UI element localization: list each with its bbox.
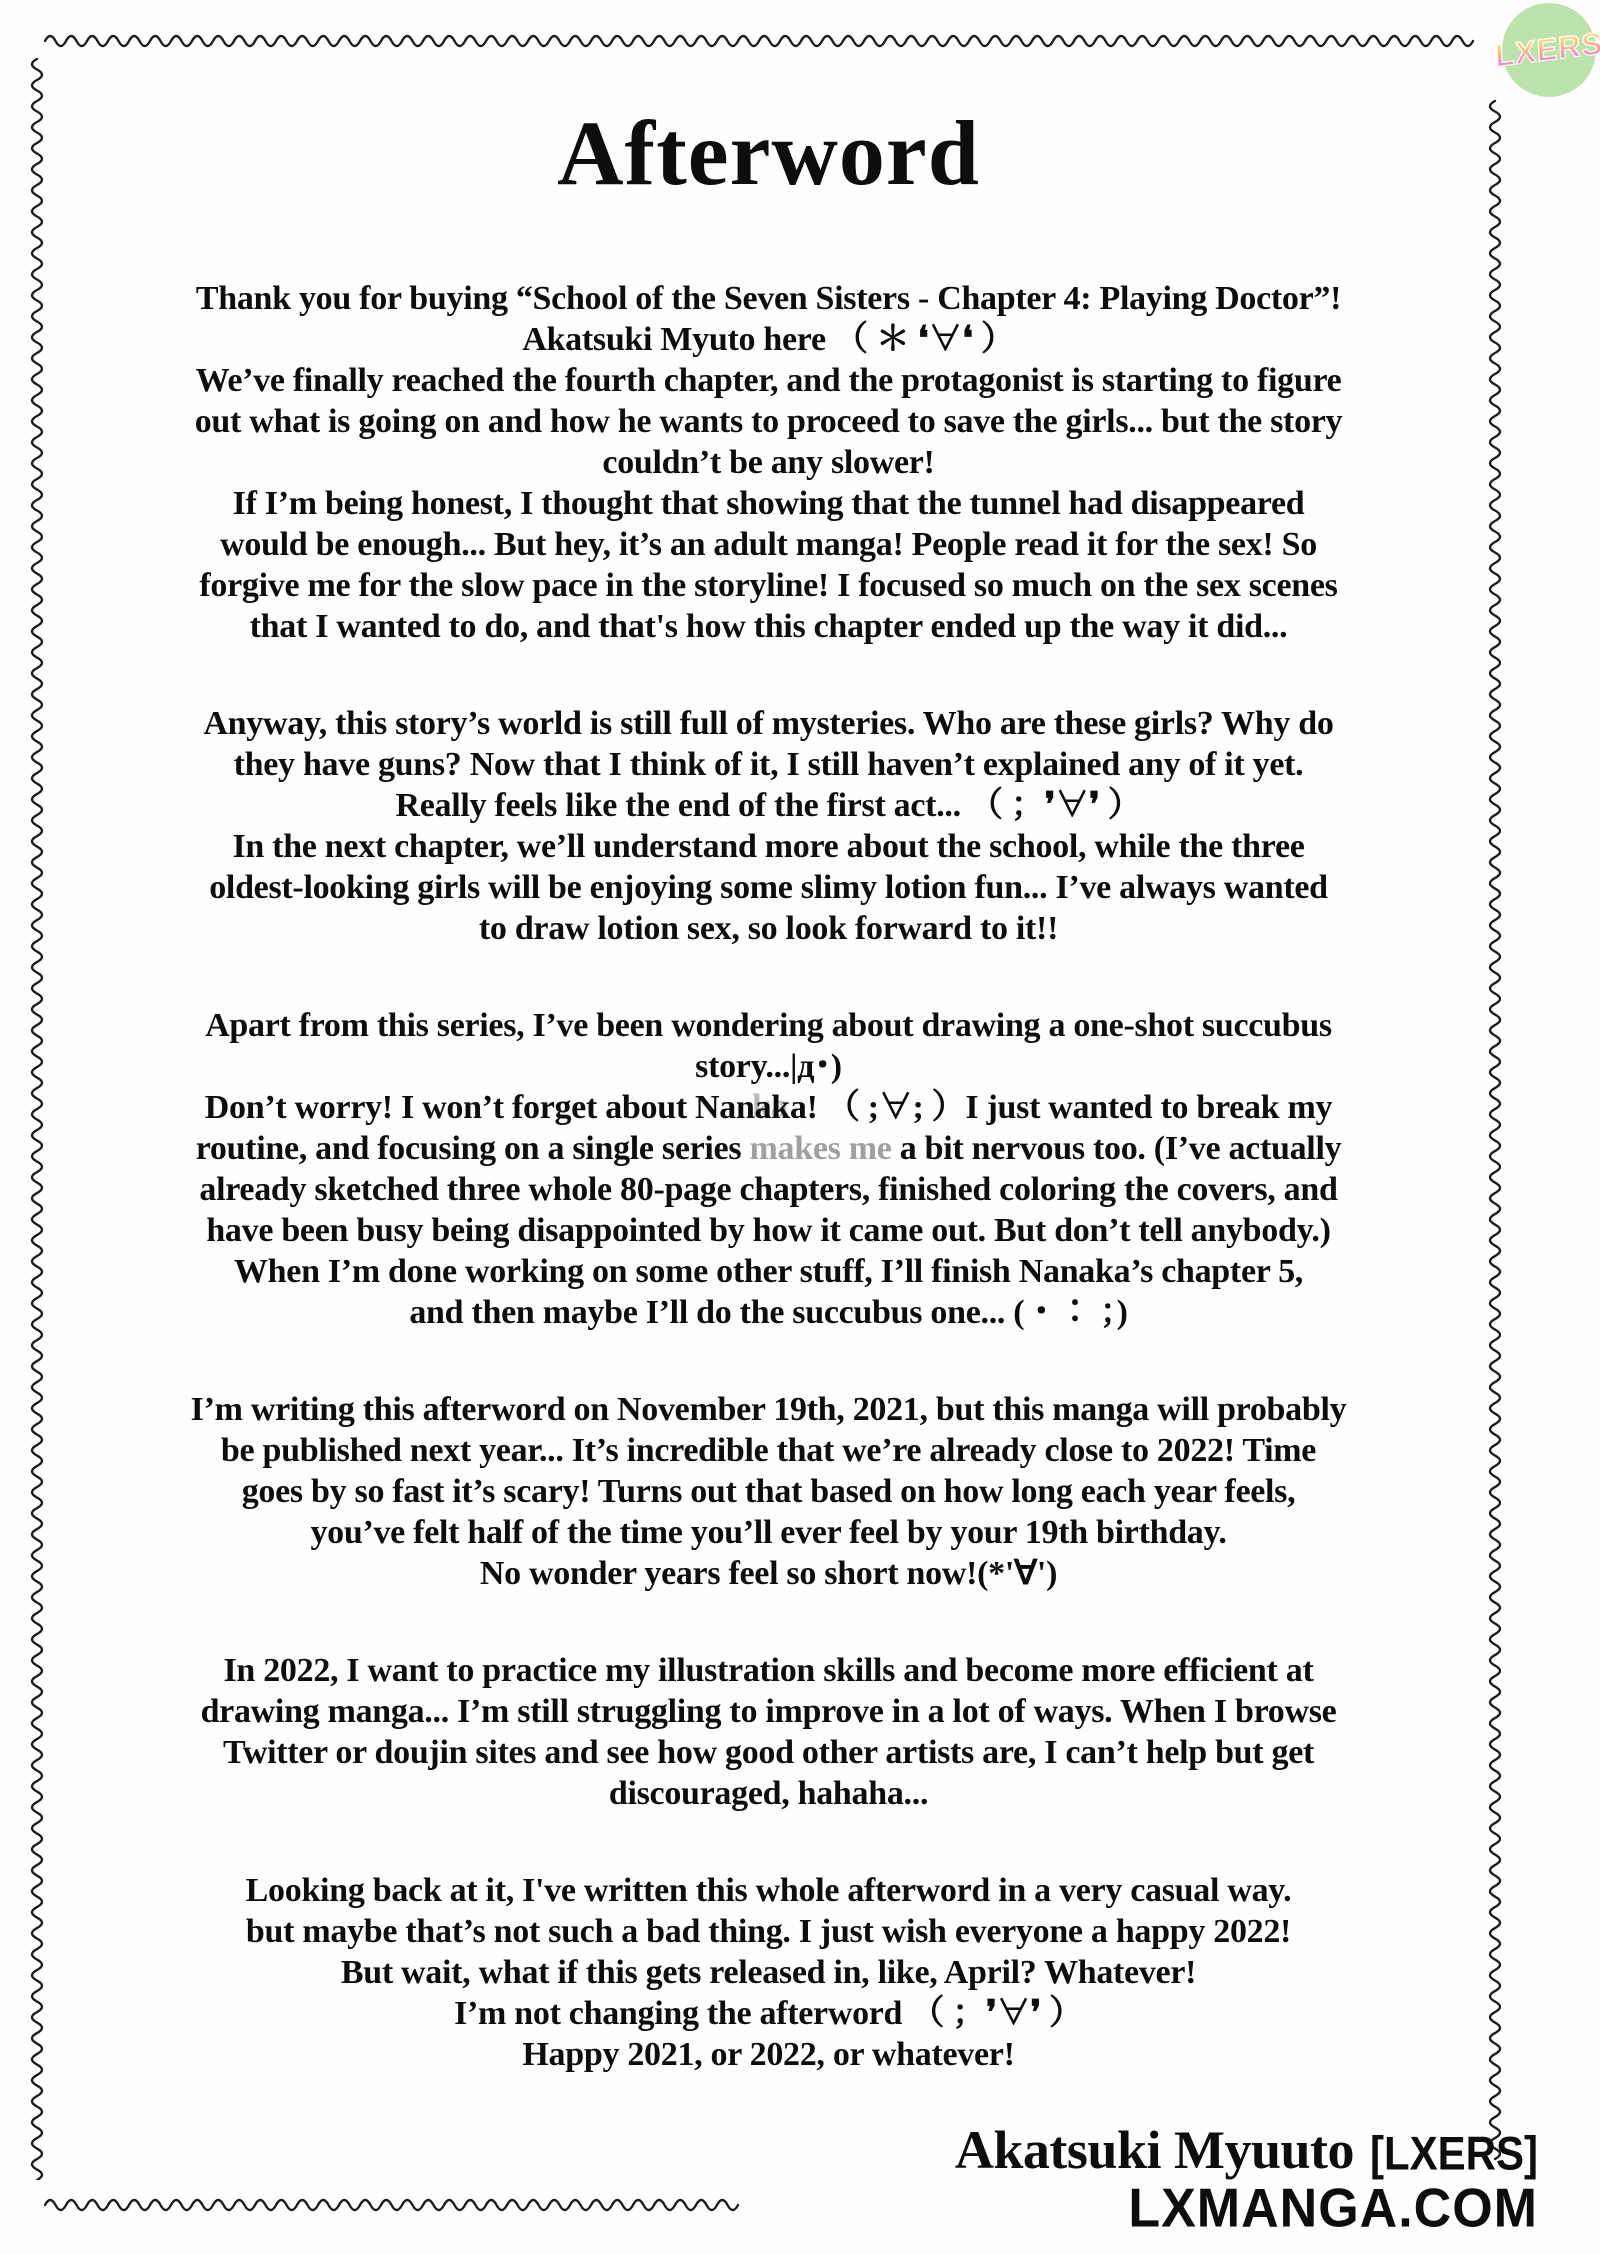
afterword-paragraph: In 2022, I want to practice my illustrat…	[55, 1650, 1482, 1814]
afterword-line: But wait, what if this gets released in,…	[55, 1952, 1482, 1993]
afterword-line: oldest-looking girls will be enjoying so…	[55, 867, 1482, 908]
left-border-wave	[30, 58, 44, 2180]
afterword-line: that I wanted to do, and that's how this…	[55, 606, 1482, 647]
afterword-line: have been busy being disappointed by how…	[55, 1210, 1482, 1251]
afterword-paragraph: Thank you for buying “School of the Seve…	[55, 278, 1482, 647]
afterword-line: Happy 2021, or 2022, or whatever!	[55, 2034, 1482, 2075]
afterword-line: Really feels like the end of the first a…	[55, 785, 1482, 826]
afterword-paragraph: Looking back at it, I've written this wh…	[55, 1870, 1482, 2075]
afterword-line: No wonder years feel so short now!(*'∀')	[55, 1553, 1482, 1594]
afterword-line: Anyway, this story’s world is still full…	[55, 703, 1482, 744]
page-title: Afterword	[55, 88, 1482, 218]
signature-block: Akatsuki Myuuto [LXERS] LXMANGA.COM	[955, 2119, 1538, 2237]
afterword-line: drawing manga... I’m still struggling to…	[55, 1691, 1482, 1732]
afterword-content: Afterword Thank you for buying “School o…	[55, 88, 1482, 2075]
afterword-line: If I’m being honest, I thought that show…	[55, 483, 1482, 524]
afterword-line: would be enough... But hey, it’s an adul…	[55, 524, 1482, 565]
signature-site: LXMANGA.COM	[955, 2177, 1538, 2240]
afterword-line: In 2022, I want to practice my illustrat…	[55, 1650, 1482, 1691]
afterword-line: to draw lotion sex, so look forward to i…	[55, 908, 1482, 949]
afterword-line: but maybe that’s not such a bad thing. I…	[55, 1911, 1482, 1952]
afterword-line: Akatsuki Myuto here （ ＊ ❛∀❛ ）	[55, 319, 1482, 360]
afterword-line: and then maybe I’ll do the succubus one.…	[55, 1292, 1482, 1333]
lxers-logo-text: LXERS	[1494, 25, 1600, 74]
afterword-line: out what is going on and how he wants to…	[55, 401, 1482, 442]
top-border-wave	[44, 34, 1480, 48]
afterword-line: couldn’t be any slower!	[55, 442, 1482, 483]
afterword-line: In the next chapter, we’ll understand mo…	[55, 826, 1482, 867]
afterword-line: discouraged, hahaha...	[55, 1773, 1482, 1814]
afterword-line: forgive me for the slow pace in the stor…	[55, 565, 1482, 606]
signature-row: Akatsuki Myuuto [LXERS]	[955, 2119, 1538, 2181]
afterword-line: goes by so fast it’s scary! Turns out th…	[55, 1471, 1482, 1512]
afterword-line: routine, and focusing on a single series…	[55, 1128, 1482, 1169]
afterword-page: LXERS ka Afterword Thank you for buying …	[0, 0, 1600, 2255]
bottom-border-wave	[44, 2198, 756, 2212]
lxers-logo-badge: LXERS	[1502, 3, 1596, 97]
afterword-line: When I’m done working on some other stuf…	[55, 1251, 1482, 1292]
afterword-line: Thank you for buying “School of the Seve…	[55, 278, 1482, 319]
signature-group-tag: [LXERS]	[1370, 2127, 1538, 2181]
afterword-line: Looking back at it, I've written this wh…	[55, 1870, 1482, 1911]
afterword-paragraph: Apart from this series, I’ve been wonder…	[55, 1005, 1482, 1333]
afterword-line: Don’t worry! I won’t forget about Nanaka…	[55, 1087, 1482, 1128]
afterword-line: already sketched three whole 80-page cha…	[55, 1169, 1482, 1210]
afterword-line: story...|д･)	[55, 1046, 1482, 1087]
afterword-line: Apart from this series, I’ve been wonder…	[55, 1005, 1482, 1046]
signature-author: Akatsuki Myuuto	[955, 2119, 1354, 2181]
afterword-line: Twitter or doujin sites and see how good…	[55, 1732, 1482, 1773]
afterword-paragraph: I’m writing this afterword on November 1…	[55, 1389, 1482, 1594]
afterword-line: I’m not changing the afterword （ ；❜∀❜ ）	[55, 1993, 1482, 2034]
afterword-line: they have guns? Now that I think of it, …	[55, 744, 1482, 785]
right-border-wave	[1488, 100, 1502, 2162]
afterword-paragraph: Anyway, this story’s world is still full…	[55, 703, 1482, 949]
afterword-line: you’ve felt half of the time you’ll ever…	[55, 1512, 1482, 1553]
afterword-paragraphs: Thank you for buying “School of the Seve…	[55, 278, 1482, 2075]
afterword-line: I’m writing this afterword on November 1…	[55, 1389, 1482, 1430]
afterword-line: be published next year... It’s incredibl…	[55, 1430, 1482, 1471]
afterword-line: We’ve finally reached the fourth chapter…	[55, 360, 1482, 401]
